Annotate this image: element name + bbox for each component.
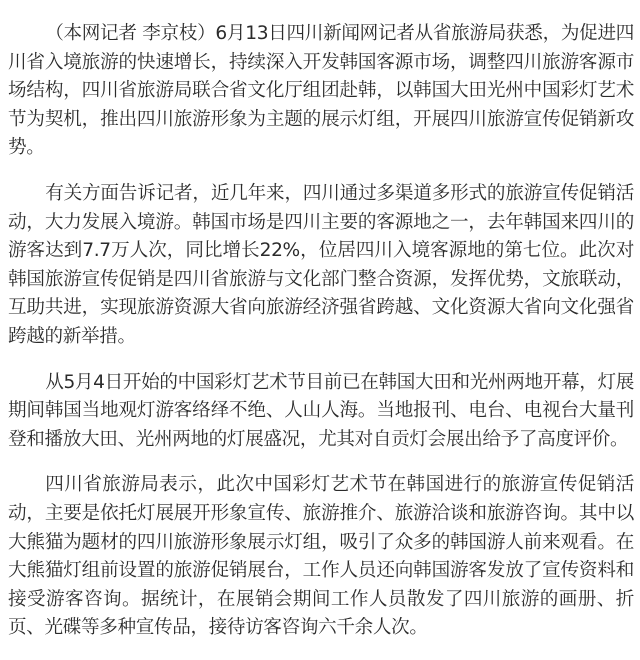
article-paragraph: 从5月4日开始的中国彩灯艺术节目前已在韩国大田和光州两地开幕，灯展期间韩国当地观…: [8, 369, 634, 455]
article-paragraph: 四川省旅游局表示，此次中国彩灯艺术节在韩国进行的旅游宣传促销活动，主要是依托灯展…: [8, 471, 634, 587]
news-article: （本网记者 李京枝）6月13日四川新闻网记者从省旅游局获悉，为促进四川省入境旅游…: [8, 20, 634, 587]
article-paragraph: （本网记者 李京枝）6月13日四川新闻网记者从省旅游局获悉，为促进四川省入境旅游…: [8, 20, 634, 163]
article-paragraph: 有关方面告诉记者，近几年来，四川通过多渠道多形式的旅游宣传促销活动，大力发展入境…: [8, 180, 634, 352]
